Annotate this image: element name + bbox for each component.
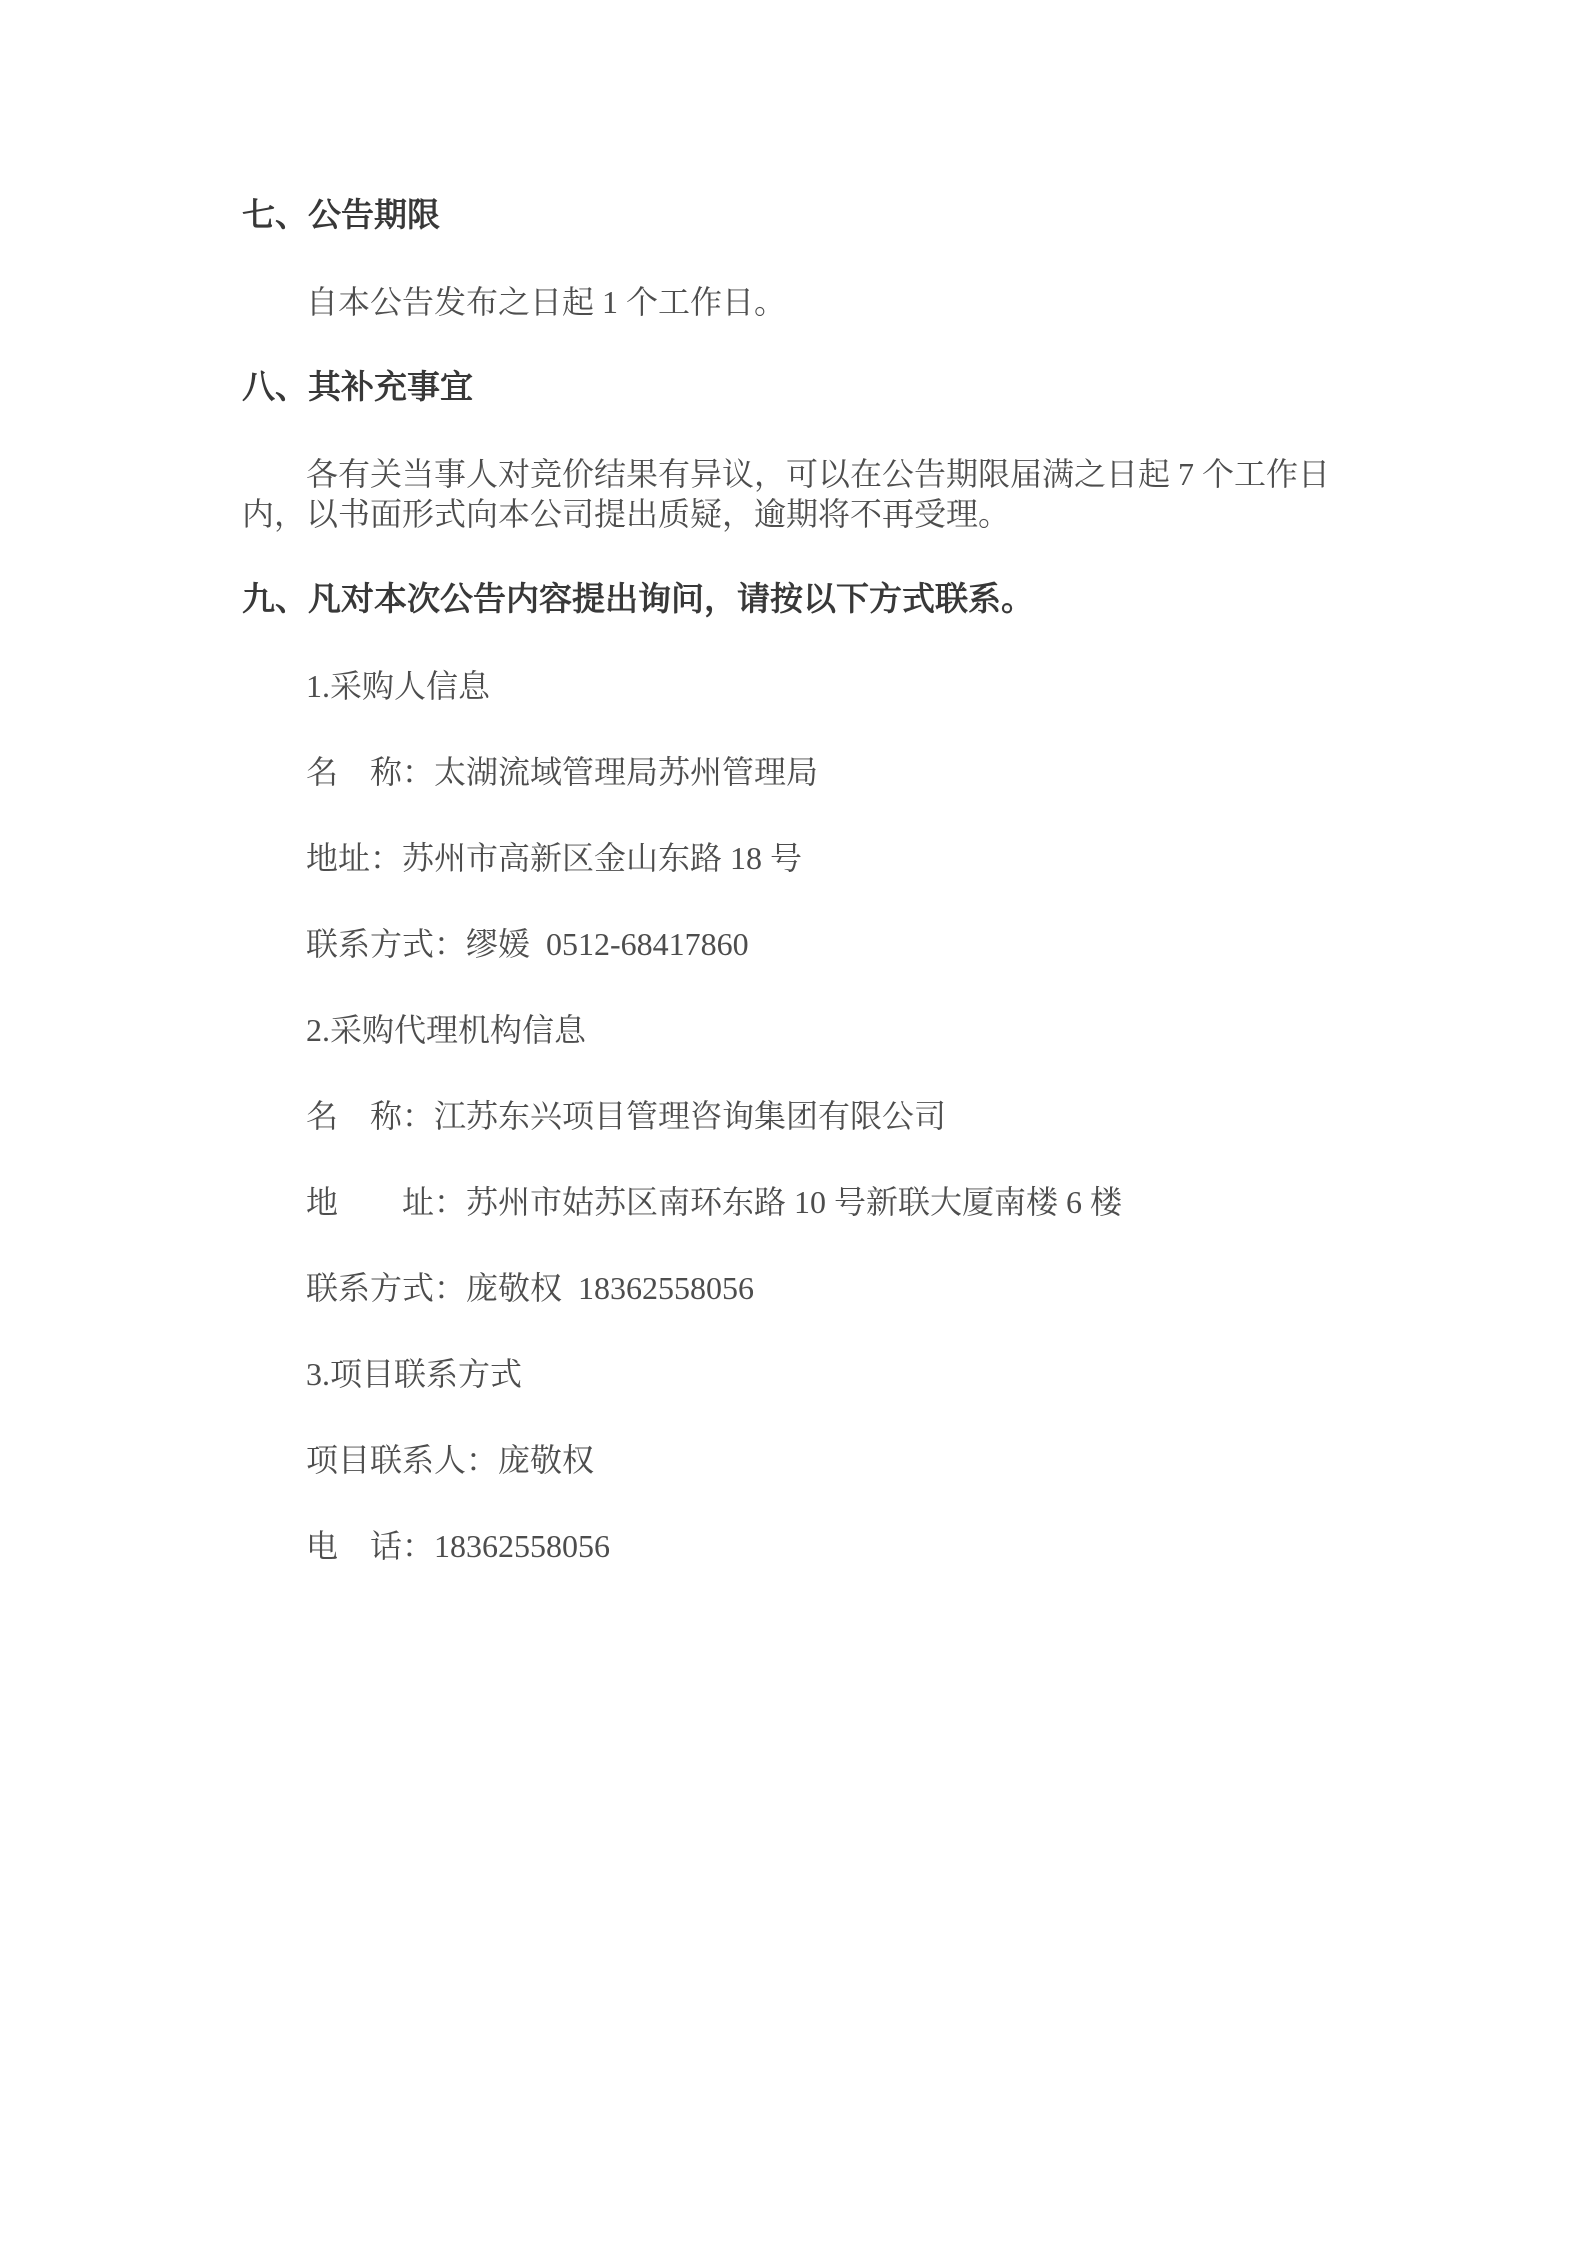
purchaser-name: 名 称：太湖流域管理局苏州管理局 [242,752,1330,792]
section-7-heading: 七、公告期限 [242,196,1330,236]
section-7-body: 自本公告发布之日起 1 个工作日。 [242,282,1330,322]
agency-info-title: 2.采购代理机构信息 [242,1010,1330,1050]
section-8-body: 各有关当事人对竞价结果有异议，可以在公告期限届满之日起 7 个工作日 内，以书面… [242,454,1330,534]
purchaser-contact: 联系方式：缪媛 0512-68417860 [242,924,1330,964]
purchaser-address: 地址：苏州市高新区金山东路 18 号 [242,838,1330,878]
document-page: 七、公告期限 自本公告发布之日起 1 个工作日。 八、其补充事宜 各有关当事人对… [0,0,1587,2245]
project-contact-phone: 电 话：18362558056 [242,1526,1330,1566]
section-9-heading: 九、凡对本次公告内容提出询问，请按以下方式联系。 [242,580,1330,620]
project-contact-title: 3.项目联系方式 [242,1354,1330,1394]
agency-address: 地 址：苏州市姑苏区南环东路 10 号新联大厦南楼 6 楼 [242,1182,1330,1222]
purchaser-info-title: 1.采购人信息 [242,666,1330,706]
agency-contact: 联系方式：庞敬权 18362558056 [242,1268,1330,1308]
agency-name: 名 称：江苏东兴项目管理咨询集团有限公司 [242,1096,1330,1136]
section-8-heading: 八、其补充事宜 [242,368,1330,408]
project-contact-person: 项目联系人：庞敬权 [242,1440,1330,1480]
